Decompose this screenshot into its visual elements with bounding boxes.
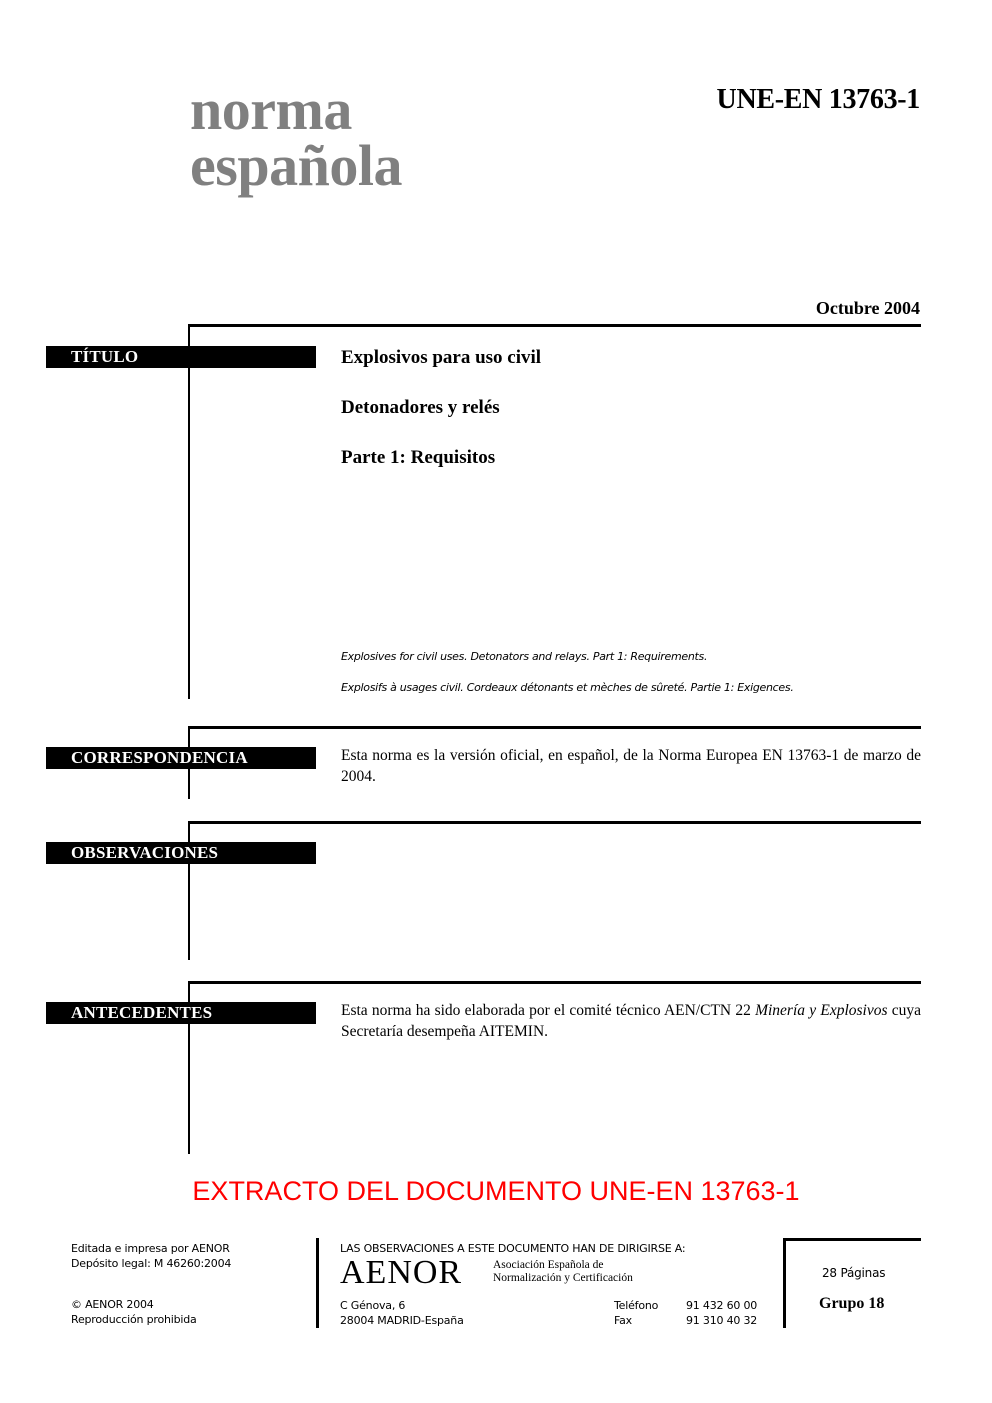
section-label-antecedentes: ANTECEDENTES <box>46 1002 316 1024</box>
aenor-logo: AENOR <box>340 1254 462 1292</box>
footer-edited-by: Editada e impresa por AENOR <box>71 1241 231 1256</box>
brand-line-1: norma <box>190 82 402 138</box>
standard-code: UNE-EN 13763-1 <box>717 84 920 116</box>
address-line-2: 28004 MADRID-España <box>340 1313 464 1328</box>
section-divider-titulo <box>188 324 921 327</box>
title-line-1: Explosivos para uso civil <box>341 347 541 369</box>
fax-number: 91 310 40 32 <box>686 1313 757 1328</box>
assoc-line-2: Normalización y Certificación <box>493 1272 633 1285</box>
section-label-titulo: TÍTULO <box>46 346 316 368</box>
footer-legal-deposit: Depósito legal: M 46260:2004 <box>71 1256 231 1271</box>
aenor-association-name: Asociación Española de Normalización y C… <box>493 1259 633 1285</box>
phone-label: Teléfono <box>614 1298 658 1313</box>
page-count: 28 Páginas <box>822 1266 885 1280</box>
footer-reproduction: Reproducción prohibida <box>71 1312 197 1327</box>
footer-copyright: © AENOR 2004 <box>71 1297 197 1312</box>
section-divider-correspondencia <box>188 726 921 729</box>
section-vertical-rule-titulo <box>188 324 190 699</box>
section-label-correspondencia: CORRESPONDENCIA <box>46 747 316 769</box>
section-divider-antecedentes <box>188 981 921 984</box>
fax-label: Fax <box>614 1313 658 1328</box>
price-group: Grupo 18 <box>819 1295 884 1313</box>
footer-contact-labels: Teléfono Fax <box>614 1298 658 1328</box>
section-divider-observaciones <box>188 821 921 824</box>
antecedentes-text: Esta norma ha sido elaborada por el comi… <box>341 1000 921 1042</box>
brand-line-2: española <box>190 138 402 194</box>
brand-title: norma española <box>190 82 402 194</box>
footer-contact-values: 91 432 60 00 91 310 40 32 <box>686 1298 757 1328</box>
footer-box-left-rule <box>783 1238 786 1328</box>
title-translation-en: Explosives for civil uses. Detonators an… <box>341 650 707 663</box>
section-label-observaciones: OBSERVACIONES <box>46 842 316 864</box>
antecedentes-text-before: Esta norma ha sido elaborada por el comi… <box>341 1002 755 1019</box>
title-translation-fr: Explosifs à usages civil. Cordeaux déton… <box>341 681 794 694</box>
footer-address: C Génova, 6 28004 MADRID-España <box>340 1298 464 1328</box>
title-line-2: Detonadores y relés <box>341 397 500 419</box>
footer-separator <box>316 1238 319 1328</box>
antecedentes-committee-name: Minería y Explosivos <box>755 1002 887 1019</box>
phone-number: 91 432 60 00 <box>686 1298 757 1313</box>
address-line-1: C Génova, 6 <box>340 1298 464 1313</box>
title-line-3: Parte 1: Requisitos <box>341 447 495 469</box>
footer-publisher: Editada e impresa por AENOR Depósito leg… <box>71 1241 231 1271</box>
assoc-line-1: Asociación Española de <box>493 1259 633 1272</box>
correspondencia-text: Esta norma es la versión oficial, en esp… <box>341 745 921 787</box>
footer-box-top-rule <box>783 1238 921 1241</box>
extract-notice: EXTRACTO DEL DOCUMENTO UNE-EN 13763-1 <box>0 1176 992 1207</box>
footer-copyright-block: © AENOR 2004 Reproducción prohibida <box>71 1297 197 1327</box>
publication-date: Octubre 2004 <box>816 298 920 319</box>
